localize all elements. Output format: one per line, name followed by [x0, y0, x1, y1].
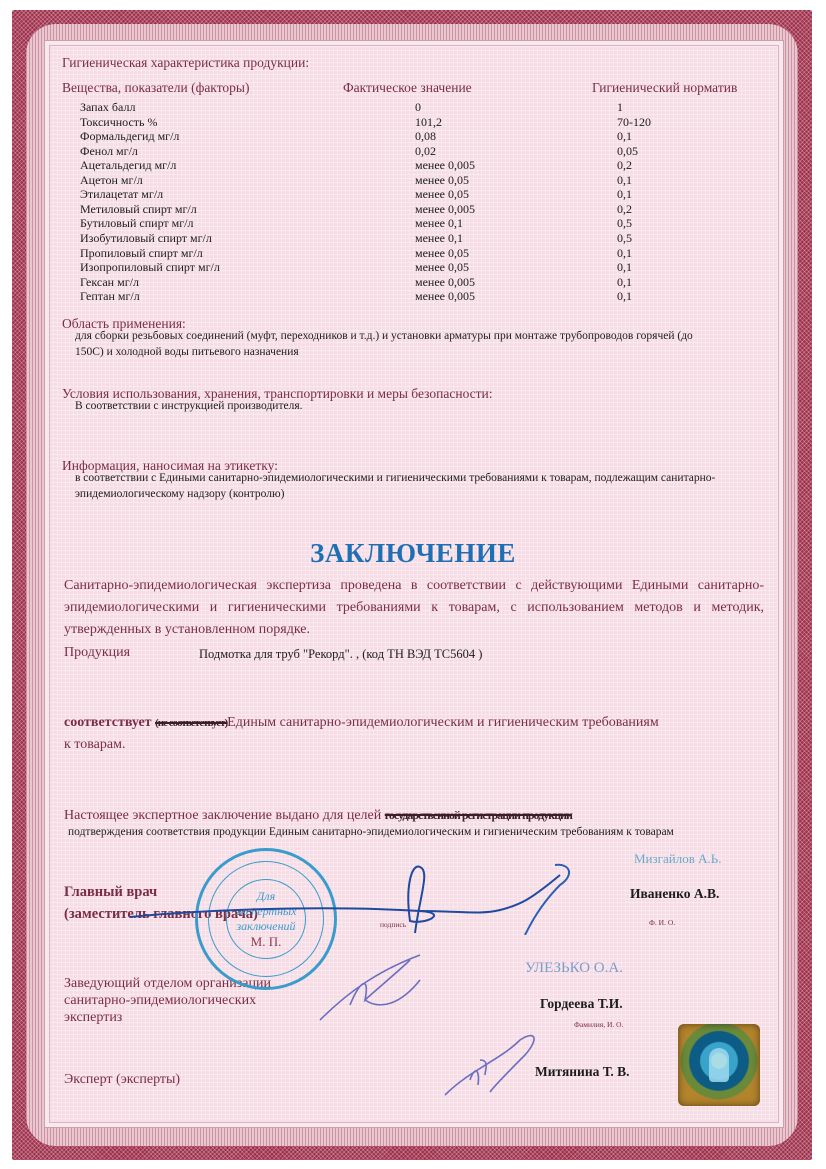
chief-signature-icon	[120, 855, 580, 935]
hygiene-row-norm: 0,1	[617, 275, 632, 290]
hygiene-row-norm: 0,1	[617, 187, 632, 202]
conclusion-title: ЗАКЛЮЧЕНИЕ	[0, 538, 826, 569]
hygiene-row-norm: 0,05	[617, 144, 638, 159]
head-stamp-name: УЛЕЗЬКО О.А.	[525, 960, 623, 977]
column-header-substances: Вещества, показатели (факторы)	[62, 80, 249, 96]
hygiene-row-actual: 0,02	[415, 144, 436, 159]
label-info-line2: эпидемиологическому надзору (контролю)	[75, 488, 284, 500]
column-header-actual: Фактическое значение	[343, 80, 472, 96]
compliance-word: соответствует	[64, 715, 152, 730]
purpose-label: Настоящее экспертное заключение выдано д…	[64, 808, 381, 823]
hygiene-row-name: Гептан мг/л	[80, 289, 140, 304]
certificate-content: Гигиеническая характеристика продукции: …	[0, 0, 826, 1169]
hygiene-row-name: Токсичность %	[80, 115, 158, 130]
hygiene-row-name: Фенол мг/л	[80, 144, 138, 159]
chief-name: Иваненко А.В.	[630, 886, 719, 902]
expert-signature-icon	[440, 1030, 590, 1100]
compliance-rest: Единым санитарно-эпидемиологическим и ги…	[227, 715, 659, 730]
stamp-mp: М. П.	[198, 934, 334, 949]
compliance-line: соответствует (не соответствует)Единым с…	[64, 715, 659, 731]
hygiene-row-name: Изопропиловый спирт мг/л	[80, 260, 220, 275]
hygiene-row-actual: менее 0,005	[415, 158, 475, 173]
purpose-text: подтверждения соответствия продукции Еди…	[68, 826, 674, 838]
hygiene-row-name: Бутиловый спирт мг/л	[80, 216, 194, 231]
head-signature-icon	[310, 950, 440, 1030]
hygiene-row-norm: 70-120	[617, 115, 651, 130]
hygiene-row-name: Запах балл	[80, 100, 135, 115]
hygiene-row-norm: 0,1	[617, 289, 632, 304]
hygiene-row-actual: менее 0,005	[415, 289, 475, 304]
hygiene-row-norm: 0,2	[617, 158, 632, 173]
compliance-line2: к товарам.	[64, 737, 125, 753]
hygiene-row-norm: 0,1	[617, 260, 632, 275]
hygiene-row-norm: 0,5	[617, 231, 632, 246]
hygiene-row-name: Гексан мг/л	[80, 275, 139, 290]
column-header-norm: Гигиенический норматив	[592, 80, 737, 96]
hygiene-row-actual: менее 0,005	[415, 202, 475, 217]
head-name-caption: Фамилия, И. О.	[574, 1020, 623, 1029]
hygiene-section-title: Гигиеническая характеристика продукции:	[62, 55, 309, 71]
expert-title: Эксперт (эксперты)	[64, 1072, 180, 1088]
head-title-3: экспертиз	[64, 1010, 122, 1026]
struck-noncompliance-option: (не соответствует)	[155, 717, 227, 729]
head-title-2: санитарно-эпидемиологических	[64, 993, 256, 1009]
hygiene-row-actual: менее 0,1	[415, 231, 463, 246]
hygiene-row-actual: 0	[415, 100, 421, 115]
conclusion-paragraph: Санитарно-эпидемиологическая экспертиза …	[64, 575, 764, 641]
hygiene-row-name: Изобутиловый спирт мг/л	[80, 231, 212, 246]
product-label: Продукция	[64, 645, 130, 661]
hygiene-row-actual: менее 0,1	[415, 216, 463, 231]
chief-name-caption: Ф. И. О.	[649, 918, 675, 927]
hygiene-row-actual: менее 0,005	[415, 275, 475, 290]
hygiene-row-actual: 0,08	[415, 129, 436, 144]
label-info-line1: в соответствии с Едиными санитарно-эпиде…	[75, 472, 715, 484]
hygiene-row-norm: 0,1	[617, 129, 632, 144]
scope-text-line1: для сборки резьбовых соединений (муфт, п…	[75, 330, 693, 342]
hygiene-row-name: Ацетальдегид мг/л	[80, 158, 176, 173]
hygiene-row-actual: менее 0,05	[415, 187, 469, 202]
hygiene-row-name: Пропиловый спирт мг/л	[80, 246, 203, 261]
struck-purpose-option: государственной регистрации продукции	[385, 808, 572, 823]
chief-stamp-name: Мизгайлов А.Ь.	[634, 851, 721, 867]
hygiene-row-actual: менее 0,05	[415, 260, 469, 275]
hygiene-row-actual: менее 0,05	[415, 246, 469, 261]
hygiene-row-norm: 1	[617, 100, 623, 115]
hygiene-row-actual: 101,2	[415, 115, 442, 130]
hygiene-row-name: Формальдегид мг/л	[80, 129, 179, 144]
head-name: Гордеева Т.И.	[540, 996, 623, 1012]
conditions-text: В соответствии с инструкцией производите…	[75, 400, 303, 412]
hygiene-row-norm: 0,1	[617, 246, 632, 261]
scope-text-line2: 150С) и холодной воды питьевого назначен…	[75, 346, 299, 358]
hygiene-row-name: Метиловый спирт мг/л	[80, 202, 197, 217]
purpose-line: Настоящее экспертное заключение выдано д…	[64, 808, 572, 824]
hygiene-row-norm: 0,5	[617, 216, 632, 231]
product-value: Подмотка для труб "Рекорд". , (код ТН ВЭ…	[199, 647, 482, 662]
hygiene-row-name: Этилацетат мг/л	[80, 187, 163, 202]
emblem-figure-icon	[709, 1048, 729, 1082]
hygiene-row-name: Ацетон мг/л	[80, 173, 143, 188]
hygiene-row-norm: 0,2	[617, 202, 632, 217]
hygiene-row-norm: 0,1	[617, 173, 632, 188]
hologram-emblem-icon	[678, 1024, 760, 1106]
hygiene-row-actual: менее 0,05	[415, 173, 469, 188]
